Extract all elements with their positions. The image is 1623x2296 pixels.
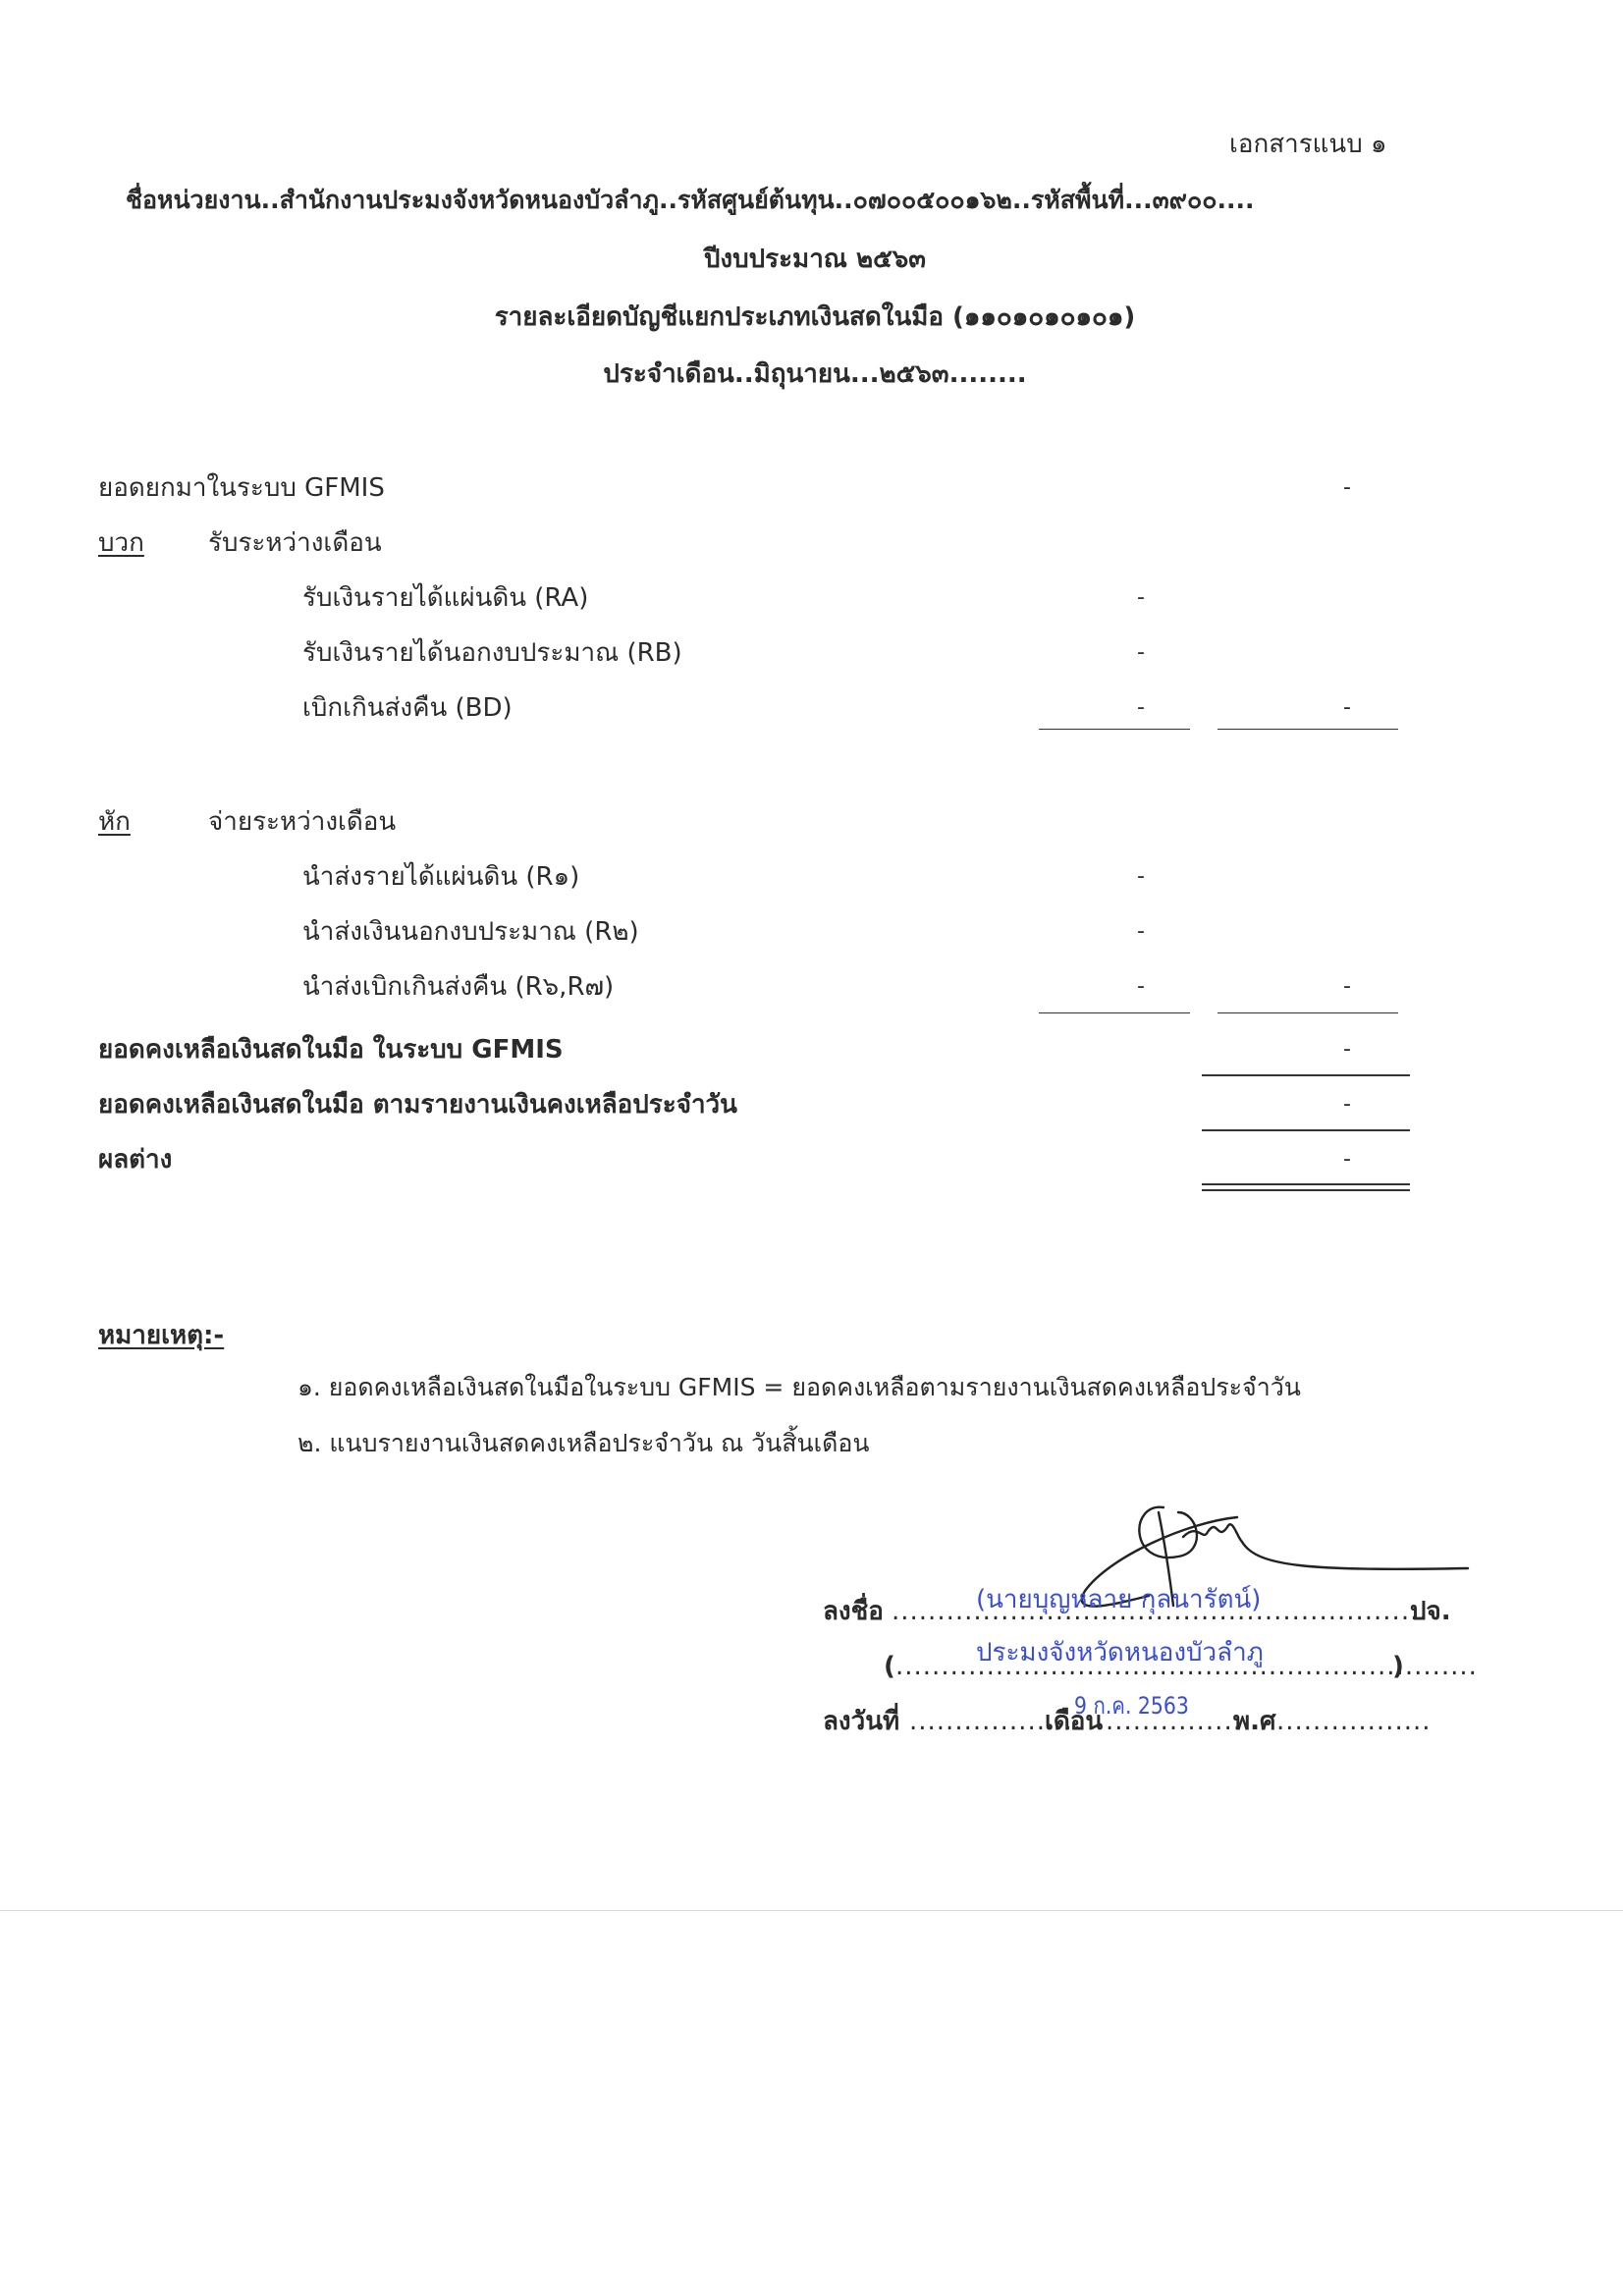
position-close-paren: ) bbox=[1392, 1650, 1404, 1683]
add-heading: รับระหว่างเดือน bbox=[208, 526, 382, 560]
year-dotted-line: ................. bbox=[1276, 1705, 1432, 1738]
add-total: - bbox=[1337, 693, 1357, 723]
difference-amount: - bbox=[1337, 1145, 1357, 1175]
balance-daily-rule bbox=[1202, 1129, 1410, 1131]
brought-forward-label: ยอดยกมาในระบบ GFMIS bbox=[98, 471, 385, 505]
attachment-label: เอกสารแนบ ๑ bbox=[1229, 128, 1386, 161]
stamped-date: 9 ก.ค. 2563 bbox=[1074, 1689, 1189, 1722]
less-subtotal-rule bbox=[1039, 1012, 1190, 1013]
add-prefix: บวก bbox=[98, 526, 144, 560]
date-prefix: ลงวันที่ bbox=[823, 1705, 899, 1738]
sign-prefix: ลงชื่อ bbox=[823, 1595, 884, 1628]
balance-daily-label: ยอดคงเหลือเงินสดในมือ ตามรายงานเงินคงเหล… bbox=[98, 1088, 737, 1121]
difference-double-rule bbox=[1202, 1183, 1410, 1191]
fiscal-year: ปีงบประมาณ ๒๕๖๓ bbox=[0, 243, 1512, 276]
position-open-paren: ( bbox=[884, 1650, 895, 1683]
remark-item: ๑. ยอดคงเหลือเงินสดในมือในระบบ GFMIS = ย… bbox=[298, 1371, 1301, 1404]
year-label: พ.ศ bbox=[1233, 1705, 1276, 1738]
add-subtotal-rule bbox=[1039, 729, 1190, 730]
agency-line: ชื่อหน่วยงาน..สำนักงานประมงจังหวัดหนองบั… bbox=[126, 184, 1254, 217]
add-item-amount: - bbox=[1131, 638, 1151, 668]
balance-daily-amount: - bbox=[1337, 1090, 1357, 1120]
less-prefix: หัก bbox=[98, 805, 131, 839]
add-item-label: เบิกเกินส่งคืน (BD) bbox=[302, 691, 513, 725]
add-item-label: รับเงินรายได้แผ่นดิน (RA) bbox=[302, 581, 588, 615]
less-total: - bbox=[1337, 972, 1357, 1002]
month-line: ประจำเดือน..มิถุนายน...๒๕๖๓........ bbox=[0, 357, 1512, 391]
report-title: รายละเอียดบัญชีแยกประเภทเงินสดในมือ (๑๑๐… bbox=[0, 301, 1512, 334]
brought-forward-total: - bbox=[1337, 473, 1357, 503]
remark-item: ๒. แนบรายงานเงินสดคงเหลือประจำวัน ณ วันส… bbox=[298, 1427, 870, 1460]
add-total-rule bbox=[1217, 729, 1398, 730]
balance-gfmis-label: ยอดคงเหลือเงินสดในมือ ในระบบ GFMIS bbox=[98, 1033, 564, 1066]
add-item-amount: - bbox=[1131, 693, 1151, 723]
less-item-label: นำส่งรายได้แผ่นดิน (R๑) bbox=[302, 860, 579, 894]
page-edge bbox=[0, 1910, 1623, 1911]
balance-gfmis-amount: - bbox=[1337, 1035, 1357, 1065]
remarks-heading: หมายเหตุ:- bbox=[98, 1319, 224, 1352]
less-item-label: นำส่งเงินนอกงบประมาณ (R๒) bbox=[302, 915, 639, 949]
signer-name: (นายบุญหลาย กุลนารัตน์) bbox=[976, 1583, 1261, 1616]
sign-suffix: ปจ. bbox=[1410, 1595, 1451, 1628]
less-item-amount: - bbox=[1131, 862, 1151, 892]
add-item-label: รับเงินรายได้นอกงบประมาณ (RB) bbox=[302, 636, 682, 670]
less-total-rule bbox=[1217, 1012, 1398, 1013]
less-item-label: นำส่งเบิกเกินส่งคืน (R๖,R๗) bbox=[302, 970, 614, 1004]
less-item-amount: - bbox=[1131, 972, 1151, 1002]
signer-position: ประมงจังหวัดหนองบัวลำภู bbox=[976, 1636, 1264, 1669]
less-heading: จ่ายระหว่างเดือน bbox=[208, 805, 396, 839]
difference-label: ผลต่าง bbox=[98, 1143, 172, 1176]
balance-gfmis-rule bbox=[1202, 1074, 1410, 1076]
add-item-amount: - bbox=[1131, 583, 1151, 613]
less-item-amount: - bbox=[1131, 917, 1151, 947]
